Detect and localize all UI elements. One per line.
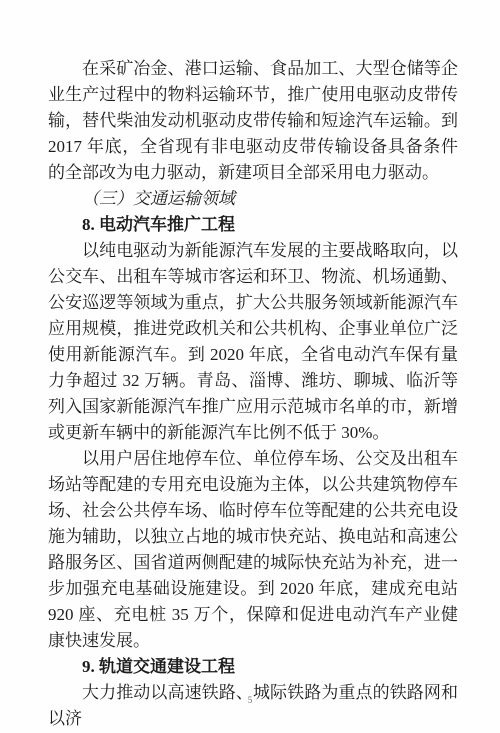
- document-page: 在采矿冶金、港口运输、食品加工、大型仓储等企业生产过程中的物料运输环节，推广使用…: [0, 0, 500, 733]
- heading-rail-transit-project: 9. 轨道交通建设工程: [48, 654, 458, 680]
- paragraph-charging-infrastructure: 以用户居住地停车位、单位停车场、公交及出租车场站等配建的专用充电设施为主体，以公…: [48, 446, 458, 654]
- paragraph-rail-network-intro: 大力推动以高速铁路、城际铁路为重点的铁路网和以济: [48, 680, 458, 732]
- document-content: 在采矿冶金、港口运输、食品加工、大型仓储等企业生产过程中的物料运输环节，推广使用…: [48, 56, 458, 732]
- subsection-heading-transport-field: （三）交通运输领域: [48, 186, 458, 212]
- heading-ev-promotion-project: 8. 电动汽车推广工程: [48, 212, 458, 238]
- page-number: 5: [0, 694, 500, 706]
- paragraph-ev-strategy: 以纯电驱动为新能源汽车发展的主要战略取向，以公交车、出租车等城市客运和环卫、物流…: [48, 238, 458, 446]
- paragraph-electric-belt-drive: 在采矿冶金、港口运输、食品加工、大型仓储等企业生产过程中的物料运输环节，推广使用…: [48, 56, 458, 186]
